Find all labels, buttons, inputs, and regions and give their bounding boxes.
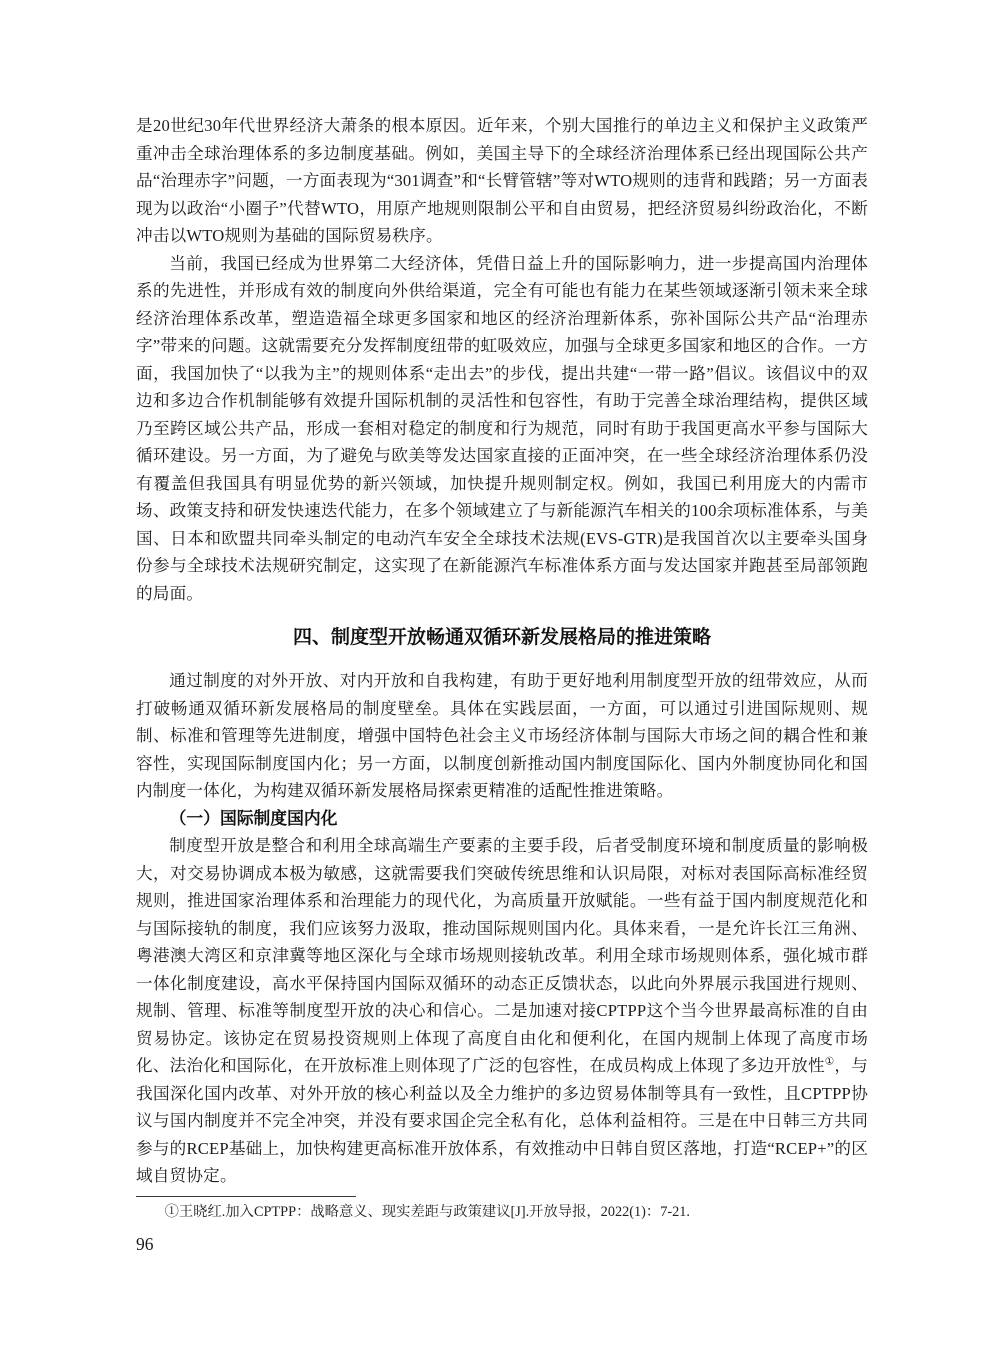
paragraph-subsection-body: 制度型开放是整合和利用全球高端生产要素的主要手段，后者受制度环境和制度质量的影响… [136,832,868,1190]
footnote-reference-mark: ① [825,1056,835,1067]
subsection-text-part1: 制度型开放是整合和利用全球高端生产要素的主要手段，后者受制度环境和制度质量的影响… [136,836,868,1075]
paragraph-section-intro: 通过制度的对外开放、对内开放和自我构建，有助于更好地利用制度型开放的纽带效应，从… [136,667,868,805]
page-number: 96 [136,1234,868,1255]
section-heading: 四、制度型开放畅通双循环新发展格局的推进策略 [136,623,868,653]
footnote-text: ①王晓红.加入CPTPP：战略意义、现实差距与政策建议[J].开放导报，2022… [136,1202,868,1223]
paper-page: 是20世纪30年代世界经济大萧条的根本原因。近年来，个别大国推行的单边主义和保护… [0,0,1000,1347]
footnote-divider [136,1196,356,1197]
subsection-heading: （一）国际制度国内化 [136,805,868,833]
paragraph-continuation: 是20世纪30年代世界经济大萧条的根本原因。近年来，个别大国推行的单边主义和保护… [136,112,868,250]
footnote-area: ①王晓红.加入CPTPP：战略意义、现实差距与政策建议[J].开放导报，2022… [136,1196,868,1223]
page-content: 是20世纪30年代世界经济大萧条的根本原因。近年来，个别大国推行的单边主义和保护… [136,112,868,1255]
subsection-text-part2: ，与我国深化国内改革、对外开放的核心利益以及全力维护的多边贸易体制等具有一致性，… [136,1056,868,1185]
paragraph-current-status: 当前，我国已经成为世界第二大经济体，凭借日益上升的国际影响力，进一步提高国内治理… [136,250,868,608]
